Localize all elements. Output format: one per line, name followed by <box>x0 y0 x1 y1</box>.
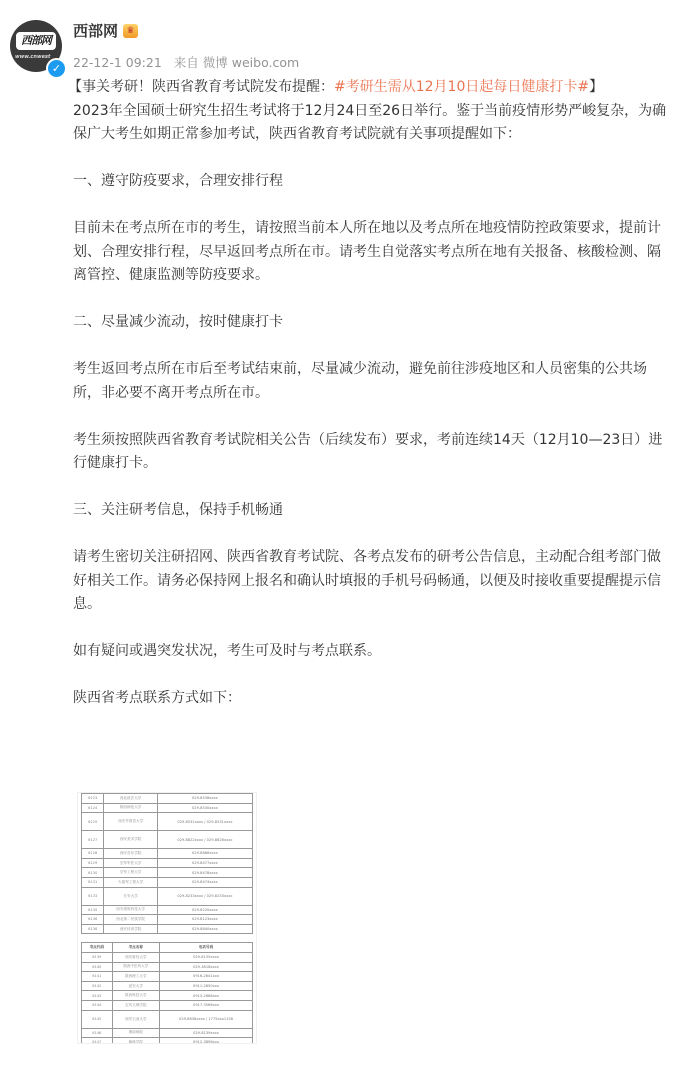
cell-name: 长安大学 <box>104 887 157 905</box>
cell-name: 西安体育学院 <box>104 924 157 934</box>
cell-name: 西安外国语大学 <box>104 813 157 831</box>
table-row: 6125西安外国语大学029-8531xxxx / 029-8531xxxx <box>82 813 253 831</box>
cell-name: 西安美术学院 <box>104 831 157 849</box>
cell-phone: 029-8866xxxx <box>157 849 252 859</box>
cell-phone: 029-8478xxxx <box>157 868 252 878</box>
cell-phone: 0916-2641xxx <box>160 972 253 982</box>
post-content: 【事关考研！陕西省教育考试院发布提醒：#考研生需从12月10日起每日健康打卡#】… <box>73 76 673 711</box>
cell-code: 6144 <box>82 1000 113 1010</box>
table-row: 6145西安石油大学029-8838xxxx / 1775xxx1158 <box>82 1010 253 1028</box>
section2-heading: 二、尽量减少流动，按时健康打卡 <box>73 311 673 335</box>
cell-code: 6128 <box>82 849 104 859</box>
cell-phone: 029-8822xxxx / 029-8826xxxx <box>157 831 252 849</box>
table-row: 6131火箭军工程大学029-8474xxxx <box>82 877 253 887</box>
post-source[interactable]: 微博 weibo.com <box>203 55 299 70</box>
table-row: 6133长安大学029-8233xxxx / 029-8233xxxx <box>82 887 253 905</box>
cell-code: 6124 <box>82 803 104 813</box>
author-name[interactable]: 西部网 <box>73 20 118 41</box>
table-row: 6138西安体育学院029-8840xxxx <box>82 924 253 934</box>
cell-code: 6147 <box>82 1038 113 1043</box>
avatar-logo-text: 西部网 <box>16 32 56 50</box>
contact-note: 如有疑问或遇突发状况，考生可及时与考点联系。 <box>73 640 673 664</box>
table-row: 6142延安大学0911-2650xxx <box>82 981 253 991</box>
cell-code: 6123 <box>82 794 104 804</box>
cell-name: 宝鸡文理学院 <box>112 1000 160 1010</box>
cell-name: 陕西科技大学 <box>112 991 160 1001</box>
title-prefix: 【事关考研！陕西省教育考试院发布提醒： <box>68 79 334 95</box>
table-row: 6147榆林学院0912-3898xxx <box>82 1038 253 1043</box>
verified-v-icon: ✓ <box>46 58 67 79</box>
avatar-url-text: www.cnwest <box>15 54 50 60</box>
table-row: 6124陕西师范大学029-8530xxxx <box>82 803 253 813</box>
section3-body: 请考生密切关注研招网、陕西省教育考试院、各考点发布的研考公告信息，主动配合组考部… <box>73 546 673 617</box>
column-header-name: 考点名称 <box>112 943 160 953</box>
table-row: 6128西安音乐学院029-8866xxxx <box>82 849 253 859</box>
cell-phone: 029-8474xxxx <box>157 877 252 887</box>
cell-name: 西北政法大学 <box>104 794 157 804</box>
cell-name: 西安石油大学 <box>112 1010 160 1028</box>
cell-name: 陕西中医药大学 <box>112 962 160 972</box>
cell-code: 6125 <box>82 813 104 831</box>
cell-phone: 029-8139xxxx <box>160 1028 253 1038</box>
cell-code: 6141 <box>82 972 113 982</box>
hashtag-link[interactable]: #考研生需从12月10日起每日健康打卡# <box>334 79 589 95</box>
cell-phone: 029-8530xxxx <box>157 803 252 813</box>
contact-table-upper: 6123西北政法大学029-8538xxxx6124陕西师范大学029-8530… <box>81 793 253 934</box>
table-row: 6130空军工程大学029-8478xxxx <box>82 868 253 878</box>
cell-name: 西安财经大学 <box>112 952 160 962</box>
cell-phone: 0913-2668xxx <box>160 991 253 1001</box>
cell-phone: 0917-3566xxx <box>160 1000 253 1010</box>
cell-code: 6146 <box>82 1028 113 1038</box>
cell-code: 6131 <box>82 877 104 887</box>
table-row: 6123西北政法大学029-8538xxxx <box>82 794 253 804</box>
cell-phone: 029-3818xxxx <box>160 962 253 972</box>
cell-phone: 029-8155xxxx <box>160 952 253 962</box>
cell-phone: 029-8531xxxx / 029-8531xxxx <box>157 813 252 831</box>
cell-code: 6136 <box>82 915 104 925</box>
cell-name: 陕西理工大学 <box>112 972 160 982</box>
cell-code: 6129 <box>82 858 104 868</box>
column-header-code: 考点代码 <box>82 943 113 953</box>
table-row: 6127西安美术学院029-8822xxxx / 029-8826xxxx <box>82 831 253 849</box>
cell-name: 延安大学 <box>112 981 160 991</box>
intro-paragraph: 2023年全国硕士研究生招生考试将于12月24日至26日举行。鉴于当前疫情形势严… <box>73 100 673 147</box>
cell-phone: 029-8220xxxx <box>157 905 252 915</box>
cell-code: 6133 <box>82 887 104 905</box>
contact-table-lower: 考点代码 考点名称 电话号码 6139西安财经大学029-8155xxxx614… <box>81 942 253 1043</box>
cell-phone: 029-8123xxxx <box>157 915 252 925</box>
cell-phone: 0911-2650xxx <box>160 981 253 991</box>
cell-phone: 029-8477xxxx <box>157 858 252 868</box>
cell-phone: 029-8840xxxx <box>157 924 252 934</box>
post-meta: 22-12-1 09:21 来自微博 weibo.com <box>73 53 307 71</box>
post-title: 【事关考研！陕西省教育考试院发布提醒：#考研生需从12月10日起每日健康打卡#】 <box>68 76 673 100</box>
cell-code: 6140 <box>82 962 113 972</box>
cell-code: 6145 <box>82 1010 113 1028</box>
contact-heading: 陕西省考点联系方式如下： <box>73 687 673 711</box>
table-row: 6139西安财经大学029-8155xxxx <box>82 952 253 962</box>
table-row: 6146渭南师院029-8139xxxx <box>82 1028 253 1038</box>
section2-body2: 考生须按照陕西省教育考试院相关公告（后续发布）要求，考前连续14天（12月10—… <box>73 429 673 476</box>
cell-name: 陕西师范大学 <box>104 803 157 813</box>
cell-code: 6138 <box>82 924 104 934</box>
cell-code: 6142 <box>82 981 113 991</box>
cell-code: 6127 <box>82 831 104 849</box>
cell-name: 渭南师院 <box>112 1028 160 1038</box>
table-row: 6135西安建筑科技大学029-8220xxxx <box>82 905 253 915</box>
section1-heading: 一、遵守防疫要求，合理安排行程 <box>73 170 673 194</box>
cell-code: 6135 <box>82 905 104 915</box>
cell-name: 西安音乐学院 <box>104 849 157 859</box>
cell-name: 榆林学院 <box>112 1038 160 1043</box>
contact-table-image[interactable]: 6123西北政法大学029-8538xxxx6124陕西师范大学029-8530… <box>78 793 256 1043</box>
cell-phone: 029-8838xxxx / 1775xxx1158 <box>160 1010 253 1028</box>
table-row: 6136西北第二民族学院029-8123xxxx <box>82 915 253 925</box>
crown-badge-icon[interactable]: ♛ <box>123 24 138 38</box>
section2-body1: 考生返回考点所在市后至考试结束前，尽量减少流动，避免前往涉疫地区和人员密集的公共… <box>73 358 673 405</box>
title-suffix: 】 <box>589 79 603 95</box>
table-row: 6129空军军医大学029-8477xxxx <box>82 858 253 868</box>
cell-code: 6130 <box>82 868 104 878</box>
cell-name: 西安建筑科技大学 <box>104 905 157 915</box>
cell-name: 空军军医大学 <box>104 858 157 868</box>
cell-name: 火箭军工程大学 <box>104 877 157 887</box>
column-header-phone: 电话号码 <box>160 943 253 953</box>
cell-phone: 029-8538xxxx <box>157 794 252 804</box>
cell-code: 6143 <box>82 991 113 1001</box>
cell-phone: 0912-3898xxx <box>160 1038 253 1043</box>
table-row: 6143陕西科技大学0913-2668xxx <box>82 991 253 1001</box>
table-row: 6140陕西中医药大学029-3818xxxx <box>82 962 253 972</box>
source-label: 来自 <box>174 55 199 70</box>
cell-name: 空军工程大学 <box>104 868 157 878</box>
cell-phone: 029-8233xxxx / 029-8233xxxx <box>157 887 252 905</box>
table-row: 6141陕西理工大学0916-2641xxx <box>82 972 253 982</box>
table-row: 6144宝鸡文理学院0917-3566xxx <box>82 1000 253 1010</box>
cell-code: 6139 <box>82 952 113 962</box>
section3-heading: 三、关注研考信息，保持手机畅通 <box>73 499 673 523</box>
section1-body: 目前未在考点所在市的考生，请按照当前本人所在地以及考点所在地疫情防控政策要求，提… <box>73 217 673 288</box>
cell-name: 西北第二民族学院 <box>104 915 157 925</box>
post-timestamp[interactable]: 22-12-1 09:21 <box>73 55 162 70</box>
